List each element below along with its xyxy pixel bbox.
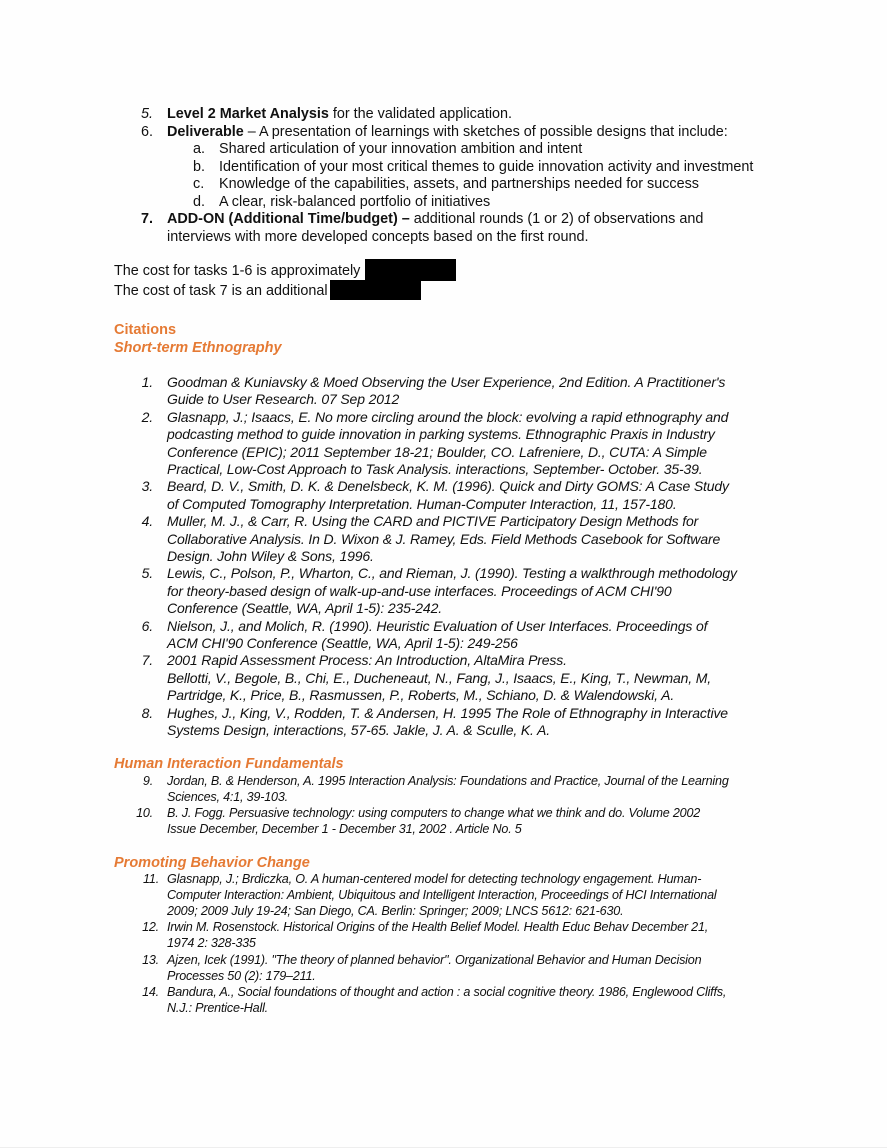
- citation-text-line: B. J. Fogg. Persuasive technology: using…: [167, 805, 700, 821]
- task-text: for the validated application.: [329, 106, 512, 122]
- citation-text-line: Beard, D. V., Smith, D. K. & Denelsbeck,…: [167, 478, 729, 495]
- redacted-amount-1: [365, 259, 456, 281]
- citation-text-line: Muller, M. J., & Carr, R. Using the CARD…: [167, 513, 698, 530]
- citation-number: 9.: [143, 773, 153, 789]
- task-number: 6.: [141, 124, 153, 142]
- cost-line-1: The cost for tasks 1-6 is approximately: [114, 263, 360, 281]
- redacted-amount-2: [330, 280, 421, 300]
- citation-number: 6.: [142, 618, 153, 635]
- citation-text-line: 2009; 2009 July 19-24; San Diego, CA. Be…: [167, 903, 623, 919]
- citation-text-line: Nielson, J., and Molich, R. (1990). Heur…: [167, 618, 707, 635]
- task-text: additional rounds (1 or 2) of observatio…: [410, 211, 704, 227]
- citation-text-line: Practical, Low-Cost Approach to Task Ana…: [167, 461, 703, 478]
- citation-text-line: 1974 2: 328-335: [167, 935, 256, 951]
- citation-text-line: Irwin M. Rosenstock. Historical Origins …: [167, 919, 708, 935]
- citation-text-line: Jordan, B. & Henderson, A. 1995 Interact…: [167, 773, 729, 789]
- sub-item-text: Shared articulation of your innovation a…: [219, 141, 582, 159]
- citation-text-line: for theory-based design of walk-up-and-u…: [167, 583, 672, 600]
- task-title: Deliverable: [167, 124, 244, 140]
- citation-text-line: Lewis, C., Polson, P., Wharton, C., and …: [167, 565, 737, 582]
- citation-text-line: Collaborative Analysis. In D. Wixon & J.…: [167, 531, 720, 548]
- task-number: 7.: [141, 211, 153, 229]
- document-page: 5. Level 2 Market Analysis for the valid…: [0, 0, 887, 1148]
- citation-text-line: Hughes, J., King, V., Rodden, T. & Ander…: [167, 705, 728, 722]
- sub-item-text: Knowledge of the capabilities, assets, a…: [219, 176, 699, 194]
- citation-text-line: Glasnapp, J.; Brdiczka, O. A human-cente…: [167, 871, 701, 887]
- citation-text-line: ACM CHI'90 Conference (Seattle, WA, Apri…: [167, 635, 518, 652]
- citation-text-line: Glasnapp, J.; Isaacs, E. No more circlin…: [167, 409, 728, 426]
- sub-item-letter: a.: [193, 141, 205, 159]
- task-title: ADD-ON (Additional Time/budget) –: [167, 211, 410, 227]
- citation-number: 5.: [142, 565, 153, 582]
- citation-text-line: Processes 50 (2): 179–211.: [167, 968, 316, 984]
- citation-number: 8.: [142, 705, 153, 722]
- citation-text-line: of Computed Tomography Interpretation. H…: [167, 496, 677, 513]
- citation-number: 12.: [142, 919, 159, 935]
- sub-item-letter: d.: [193, 194, 205, 212]
- citation-number: 7.: [142, 652, 153, 669]
- citation-number: 4.: [142, 513, 153, 530]
- citation-text-line: podcasting method to guide innovation in…: [167, 426, 715, 443]
- sub-item-text: Identification of your most critical the…: [219, 159, 753, 177]
- citation-text-line: Conference (Seattle, WA, April 1-5): 235…: [167, 600, 442, 617]
- citation-text-line: Ajzen, Icek (1991). "The theory of plann…: [167, 952, 701, 968]
- citation-text-line: Issue December, December 1 - December 31…: [167, 821, 522, 837]
- sub-item-text: A clear, risk-balanced portfolio of init…: [219, 194, 490, 212]
- task-number: 5.: [141, 106, 153, 124]
- citation-text-line: Bellotti, V., Begole, B., Chi, E., Duche…: [167, 670, 711, 687]
- citation-text-line: Goodman & Kuniavsky & Moed Observing the…: [167, 374, 725, 391]
- section-heading: Promoting Behavior Change: [114, 855, 310, 871]
- sub-item-letter: b.: [193, 159, 205, 177]
- citation-number: 1.: [142, 374, 153, 391]
- task-item: Deliverable – A presentation of learning…: [167, 124, 728, 142]
- citation-text-line: Bandura, A., Social foundations of thoug…: [167, 984, 726, 1000]
- citation-number: 13.: [142, 952, 159, 968]
- section-heading: Short-term Ethnography: [114, 340, 282, 356]
- task-item: Level 2 Market Analysis for the validate…: [167, 106, 512, 124]
- task-item: ADD-ON (Additional Time/budget) – additi…: [167, 211, 703, 229]
- task-text: – A presentation of learnings with sketc…: [244, 124, 728, 140]
- citation-number: 3.: [142, 478, 153, 495]
- section-heading: Human Interaction Fundamentals: [114, 756, 344, 772]
- citation-text-line: Guide to User Research. 07 Sep 2012: [167, 391, 399, 408]
- citation-number: 14.: [142, 984, 159, 1000]
- citations-heading: Citations: [114, 322, 176, 338]
- citation-text-line: Conference (EPIC); 2011 September 18-21;…: [167, 444, 707, 461]
- citation-number: 11.: [143, 871, 159, 887]
- citation-number: 10.: [136, 805, 153, 821]
- task-title: Level 2 Market Analysis: [167, 106, 329, 122]
- sub-item-letter: c.: [193, 176, 204, 194]
- citation-number: 2.: [142, 409, 153, 426]
- citation-text-line: 2001 Rapid Assessment Process: An Introd…: [167, 652, 567, 669]
- citation-text-line: N.J.: Prentice-Hall.: [167, 1000, 268, 1016]
- cost-line-2: The cost of task 7 is an additional: [114, 283, 328, 301]
- citation-text-line: Systems Design, interactions, 57-65. Jak…: [167, 722, 550, 739]
- task-text-continued: interviews with more developed concepts …: [167, 229, 589, 247]
- citation-text-line: Computer Interaction: Ambient, Ubiquitou…: [167, 887, 716, 903]
- citation-text-line: Design. John Wiley & Sons, 1996.: [167, 548, 374, 565]
- citation-text-line: Sciences, 4:1, 39-103.: [167, 789, 288, 805]
- citation-text-line: Partridge, K., Price, B., Rasmussen, P.,…: [167, 687, 674, 704]
